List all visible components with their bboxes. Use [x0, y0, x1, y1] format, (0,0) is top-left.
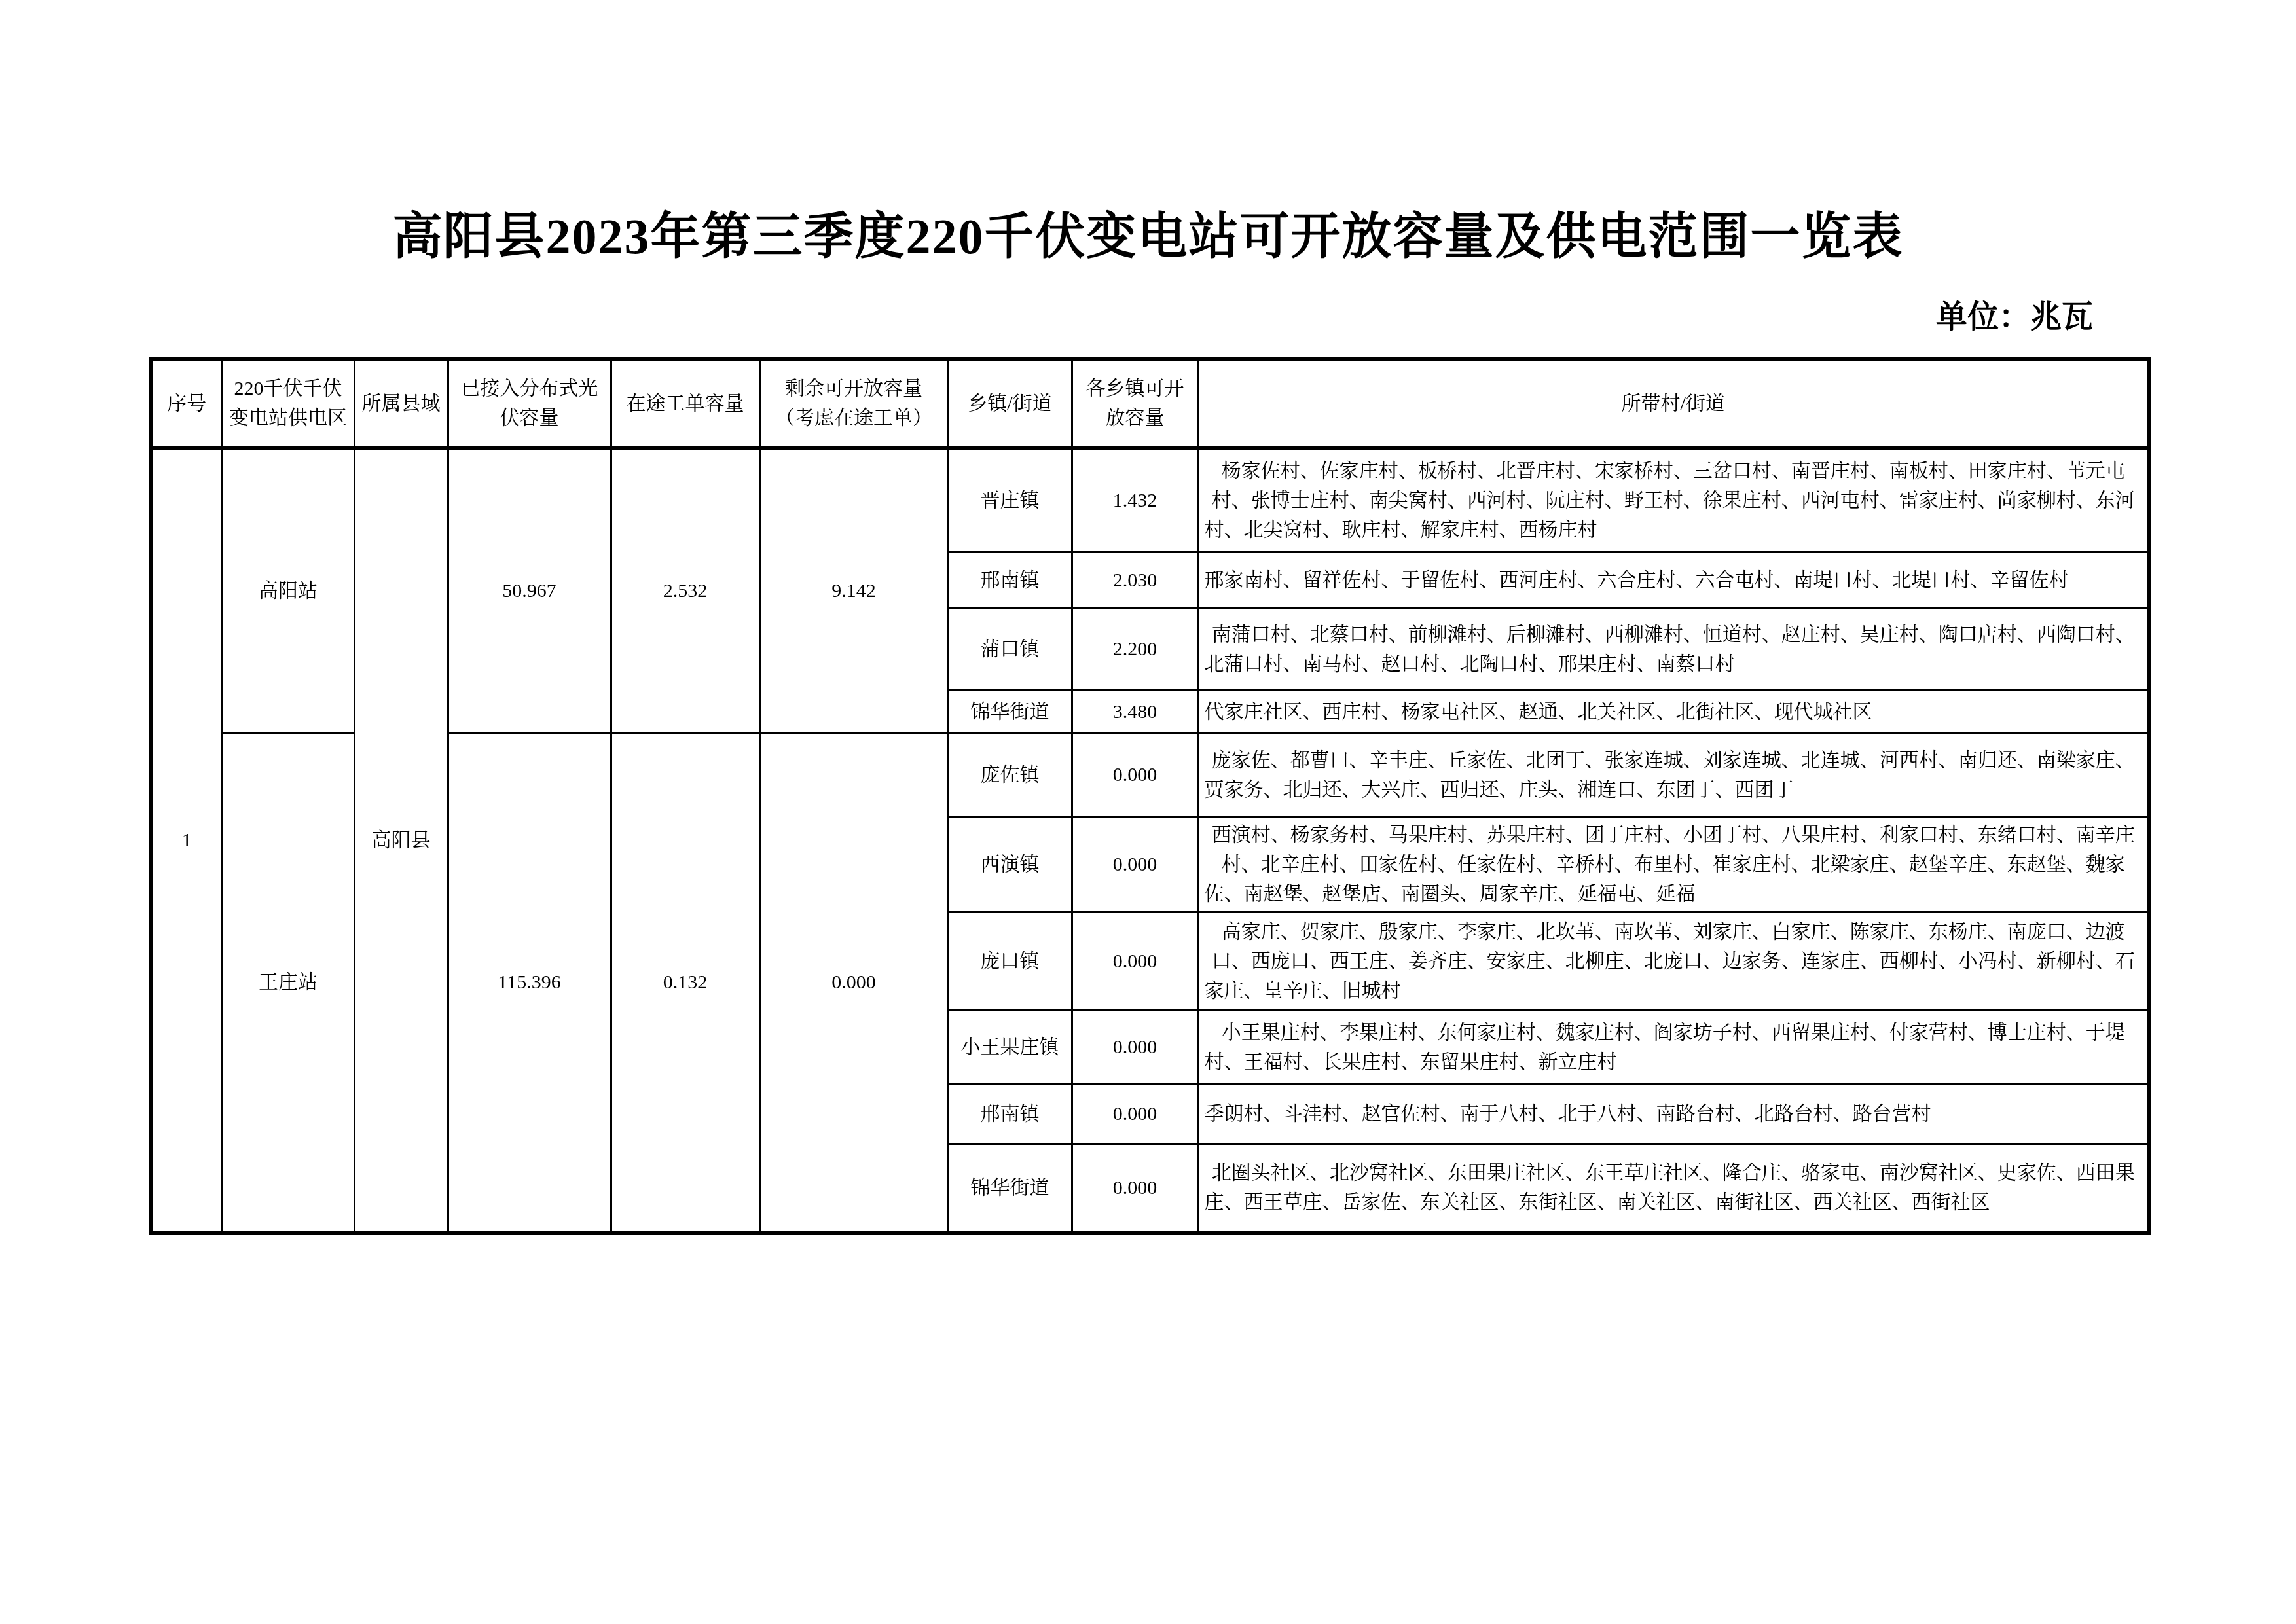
villages-cell: 季朗村、斗洼村、赵官佐村、南于八村、北于八村、南路台村、北路台村、路台营村 — [1198, 1084, 2149, 1144]
town-capacity-cell: 1.432 — [1072, 448, 1198, 552]
station-name-cell: 王庄站 — [222, 733, 354, 1233]
town-name-cell: 锦华街道 — [948, 690, 1072, 733]
remaining-cell: 0.000 — [759, 733, 948, 1233]
in-transit-cell: 0.132 — [611, 733, 759, 1233]
villages-cell: 杨家佐村、佐家庄村、板桥村、北晋庄村、宋家桥村、三岔口村、南晋庄村、南板村、田家… — [1198, 448, 2149, 552]
town-capacity-cell: 3.480 — [1072, 690, 1198, 733]
town-capacity-cell: 0.000 — [1072, 1144, 1198, 1233]
town-name-cell: 庞口镇 — [948, 912, 1072, 1010]
table-row: 1 高阳站 高阳县 50.967 2.532 9.142 晋庄镇 1.432 杨… — [151, 448, 2149, 552]
header-serial: 序号 — [151, 359, 222, 448]
villages-cell: 邢家南村、留祥佐村、于留佐村、西河庄村、六合庄村、六合屯村、南堤口村、北堤口村、… — [1198, 552, 2149, 608]
villages-cell: 小王果庄村、李果庄村、东何家庄村、魏家庄村、阎家坊子村、西留果庄村、付家营村、博… — [1198, 1010, 2149, 1084]
header-county: 所属县域 — [354, 359, 448, 448]
town-name-cell: 晋庄镇 — [948, 448, 1072, 552]
town-capacity-cell: 0.000 — [1072, 1084, 1198, 1144]
header-town: 乡镇/街道 — [948, 359, 1072, 448]
town-capacity-cell: 0.000 — [1072, 1010, 1198, 1084]
pv-connected-cell: 115.396 — [448, 733, 611, 1233]
town-capacity-cell: 2.200 — [1072, 608, 1198, 690]
document-page: 高阳县2023年第三季度220千伏变电站可开放容量及供电范围一览表 单位：兆瓦 … — [0, 0, 2296, 1624]
villages-cell: 西演村、杨家务村、马果庄村、苏果庄村、团丁庄村、小团丁村、八果庄村、利家口村、东… — [1198, 816, 2149, 912]
villages-cell: 高家庄、贺家庄、殷家庄、李家庄、北坎苇、南坎苇、刘家庄、白家庄、陈家庄、东杨庄、… — [1198, 912, 2149, 1010]
header-supply-area: 220千伏千伏变电站供电区 — [222, 359, 354, 448]
town-name-cell: 邢南镇 — [948, 1084, 1072, 1144]
header-in-transit: 在途工单容量 — [611, 359, 759, 448]
town-name-cell: 小王果庄镇 — [948, 1010, 1072, 1084]
serial-cell: 1 — [151, 448, 222, 1233]
capacity-table: 序号 220千伏千伏变电站供电区 所属县域 已接入分布式光伏容量 在途工单容量 … — [149, 357, 2151, 1235]
town-capacity-cell: 0.000 — [1072, 816, 1198, 912]
header-pv-connected: 已接入分布式光伏容量 — [448, 359, 611, 448]
in-transit-cell: 2.532 — [611, 448, 759, 733]
town-name-cell: 锦华街道 — [948, 1144, 1072, 1233]
remaining-cell: 9.142 — [759, 448, 948, 733]
header-row: 序号 220千伏千伏变电站供电区 所属县域 已接入分布式光伏容量 在途工单容量 … — [151, 359, 2149, 448]
county-cell: 高阳县 — [354, 448, 448, 1233]
town-name-cell: 蒲口镇 — [948, 608, 1072, 690]
table-row: 王庄站 115.396 0.132 0.000 庞佐镇 0.000 庞家佐、都曹… — [151, 733, 2149, 816]
unit-label: 单位：兆瓦 — [149, 291, 2093, 336]
town-capacity-cell: 2.030 — [1072, 552, 1198, 608]
pv-connected-cell: 50.967 — [448, 448, 611, 733]
villages-cell: 北圈头社区、北沙窝社区、东田果庄社区、东王草庄社区、隆合庄、骆家屯、南沙窝社区、… — [1198, 1144, 2149, 1233]
document-title: 高阳县2023年第三季度220千伏变电站可开放容量及供电范围一览表 — [149, 196, 2147, 268]
header-villages: 所带村/街道 — [1198, 359, 2149, 448]
station-name-cell: 高阳站 — [222, 448, 354, 733]
header-town-capacity: 各乡镇可开放容量 — [1072, 359, 1198, 448]
town-name-cell: 庞佐镇 — [948, 733, 1072, 816]
town-capacity-cell: 0.000 — [1072, 912, 1198, 1010]
header-remaining: 剩余可开放容量 （考虑在途工单） — [759, 359, 948, 448]
villages-cell: 庞家佐、都曹口、辛丰庄、丘家佐、北团丁、张家连城、刘家连城、北连城、河西村、南归… — [1198, 733, 2149, 816]
villages-cell: 代家庄社区、西庄村、杨家屯社区、赵通、北关社区、北街社区、现代城社区 — [1198, 690, 2149, 733]
town-name-cell: 西演镇 — [948, 816, 1072, 912]
town-name-cell: 邢南镇 — [948, 552, 1072, 608]
villages-cell: 南蒲口村、北蔡口村、前柳滩村、后柳滩村、西柳滩村、恒道村、赵庄村、吴庄村、陶口店… — [1198, 608, 2149, 690]
town-capacity-cell: 0.000 — [1072, 733, 1198, 816]
